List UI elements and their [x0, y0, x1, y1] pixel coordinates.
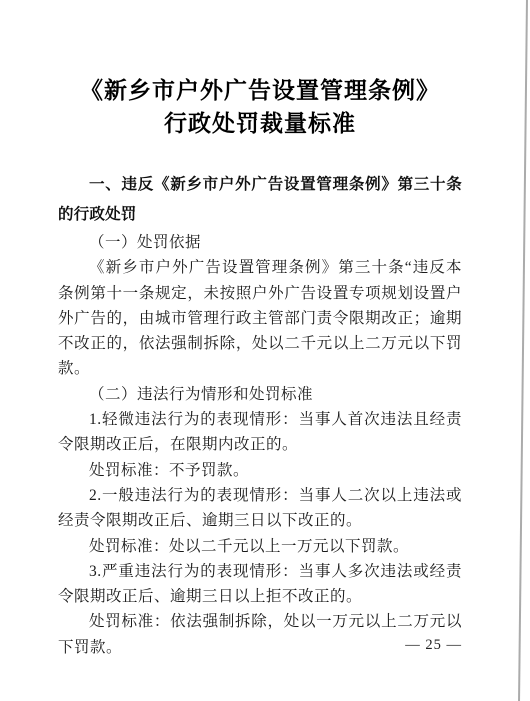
- page-number: — 25 —: [58, 637, 462, 654]
- paragraph-minor-penalty: 处罚标准：不予罚款。: [58, 458, 462, 483]
- document-title: 《新乡市户外广告设置管理条例》 行政处罚裁量标准: [58, 74, 462, 140]
- paragraph-violation-standards-label: （二）违法行为情形和处罚标准: [58, 382, 462, 407]
- paragraph-penalty-basis-text: 《新乡市户外广告设置管理条例》第三十条“违反本条例第十一条规定，未按照户外广告设…: [58, 255, 462, 381]
- document-title-line1: 《新乡市户外广告设置管理条例》: [58, 74, 462, 107]
- paragraph-minor-violation: 1.轻微违法行为的表现情形：当事人首次违法且经责令限期改正后，在限期内改正的。: [58, 407, 462, 458]
- page-edge-line: [518, 0, 528, 701]
- document-content: 《新乡市户外广告设置管理条例》 行政处罚裁量标准 一、违反《新乡市户外广告设置管…: [58, 0, 462, 660]
- document-page: 《新乡市户外广告设置管理条例》 行政处罚裁量标准 一、违反《新乡市户外广告设置管…: [0, 0, 530, 701]
- paragraph-general-penalty: 处罚标准：处以二千元以上一万元以下罚款。: [58, 534, 462, 559]
- document-title-line2: 行政处罚裁量标准: [58, 107, 462, 140]
- paragraph-penalty-basis-label: （一）处罚依据: [58, 230, 462, 255]
- section-heading: 一、违反《新乡市户外广告设置管理条例》第三十条的行政处罚: [58, 170, 462, 230]
- paragraph-serious-violation: 3.严重违法行为的表现情形：当事人多次违法或经责令限期改正后、逾期三日以上拒不改…: [58, 559, 462, 610]
- paragraph-general-violation: 2.一般违法行为的表现情形：当事人二次以上违法或经责令限期改正后、逾期三日以下改…: [58, 483, 462, 534]
